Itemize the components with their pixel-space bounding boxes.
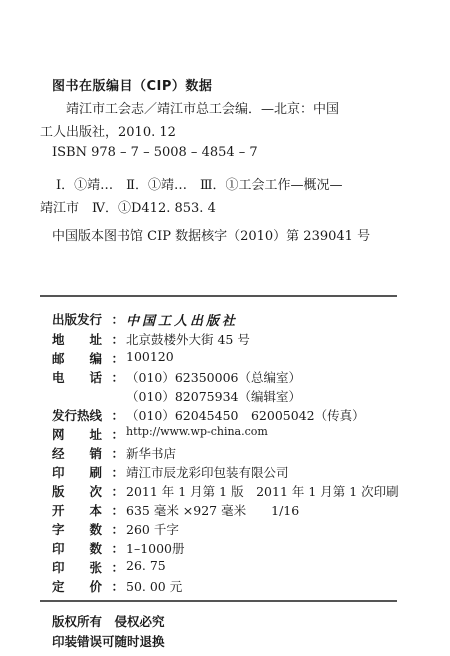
divider-bottom xyxy=(40,600,397,602)
imprint-row-phone: 电 话： （010）62350006（总编室） xyxy=(52,368,301,386)
label: 印 数 xyxy=(52,539,102,557)
value: 26. 75 xyxy=(126,558,166,576)
copyright-notice: 版权所有 侵权必究 xyxy=(52,612,165,630)
cip-title: 图书在版编目（CIP）数据 xyxy=(52,75,212,94)
cip-line: 靖江市工会志／靖江市总工会编．—北京：中国 xyxy=(66,98,339,117)
imprint-row-website: 网 址： http://www.wp-china.com xyxy=(52,425,268,443)
label: 邮 编 xyxy=(52,349,102,367)
imprint-row-edition: 版 次： 2011 年 1 月第 1 版 2011 年 1 月第 1 次印刷 xyxy=(52,482,399,500)
label: 字 数 xyxy=(52,520,102,538)
imprint-row-phone-2: （010）82075934（编辑室） xyxy=(52,387,301,405)
cip-record-number: 中国版本图书馆 CIP 数据核字（2010）第 239041 号 xyxy=(52,225,370,244)
label: 电 话 xyxy=(52,368,102,386)
label: 网 址 xyxy=(52,425,102,443)
label: 经 销 xyxy=(52,444,102,462)
divider-top xyxy=(40,295,397,297)
label: 版 次 xyxy=(52,482,102,500)
cip-isbn: ISBN 978 – 7 – 5008 – 4854 – 7 xyxy=(52,145,258,160)
cip-line: Ⅰ．①靖… Ⅱ．①靖… Ⅲ．①工会工作—概况— xyxy=(56,174,343,193)
cip-line: 工人出版社，2010. 12 xyxy=(40,121,176,140)
imprint-row-distributor: 经 销： 新华书店 xyxy=(52,444,176,462)
value: 635 毫米 ×927 毫米 1/16 xyxy=(126,501,299,519)
imprint-row-format: 开 本： 635 毫米 ×927 毫米 1/16 xyxy=(52,501,299,519)
label: 开 本 xyxy=(52,501,102,519)
returns-notice: 印装错误可随时退换 xyxy=(52,632,165,650)
value: 1–1000册 xyxy=(126,539,185,557)
label: 发行热线 xyxy=(52,406,102,424)
value: 100120 xyxy=(126,349,174,367)
imprint-row-hotline: 发行热线： （010）62045450 62005042（传真） xyxy=(52,406,365,424)
label: 印 张 xyxy=(52,558,102,576)
label: 印 刷 xyxy=(52,463,102,481)
value: 50. 00 元 xyxy=(126,577,182,595)
value: （010）62350006（总编室） xyxy=(126,368,301,386)
label: 出版发行 xyxy=(52,310,102,329)
value: 新华书店 xyxy=(126,444,176,462)
value: 北京鼓楼外大街 45 号 xyxy=(126,330,250,348)
value: 靖江市辰龙彩印包装有限公司 xyxy=(126,463,289,481)
imprint-row-printer: 印 刷： 靖江市辰龙彩印包装有限公司 xyxy=(52,463,289,481)
cip-line: 靖江市 Ⅳ．①D412. 853. 4 xyxy=(40,197,216,216)
publisher-name: 中国工人出版社 xyxy=(126,310,238,329)
label: 定 价 xyxy=(52,577,102,595)
imprint-row-publisher: 出版发行： 中国工人出版社 xyxy=(52,310,238,329)
imprint-row-price: 定 价： 50. 00 元 xyxy=(52,577,182,595)
value: 260 千字 xyxy=(126,520,179,538)
imprint-row-word-count: 字 数： 260 千字 xyxy=(52,520,179,538)
imprint-row-print-run: 印 数： 1–1000册 xyxy=(52,539,185,557)
imprint-row-address: 地 址： 北京鼓楼外大街 45 号 xyxy=(52,330,250,348)
imprint-row-sheets: 印 张： 26. 75 xyxy=(52,558,166,576)
label: 地 址 xyxy=(52,330,102,348)
value: （010）62045450 62005042（传真） xyxy=(126,406,365,424)
website-link[interactable]: http://www.wp-china.com xyxy=(126,425,268,443)
value: （010）82075934（编辑室） xyxy=(126,387,301,405)
value: 2011 年 1 月第 1 版 2011 年 1 月第 1 次印刷 xyxy=(126,482,399,500)
imprint-row-postcode: 邮 编： 100120 xyxy=(52,349,174,367)
